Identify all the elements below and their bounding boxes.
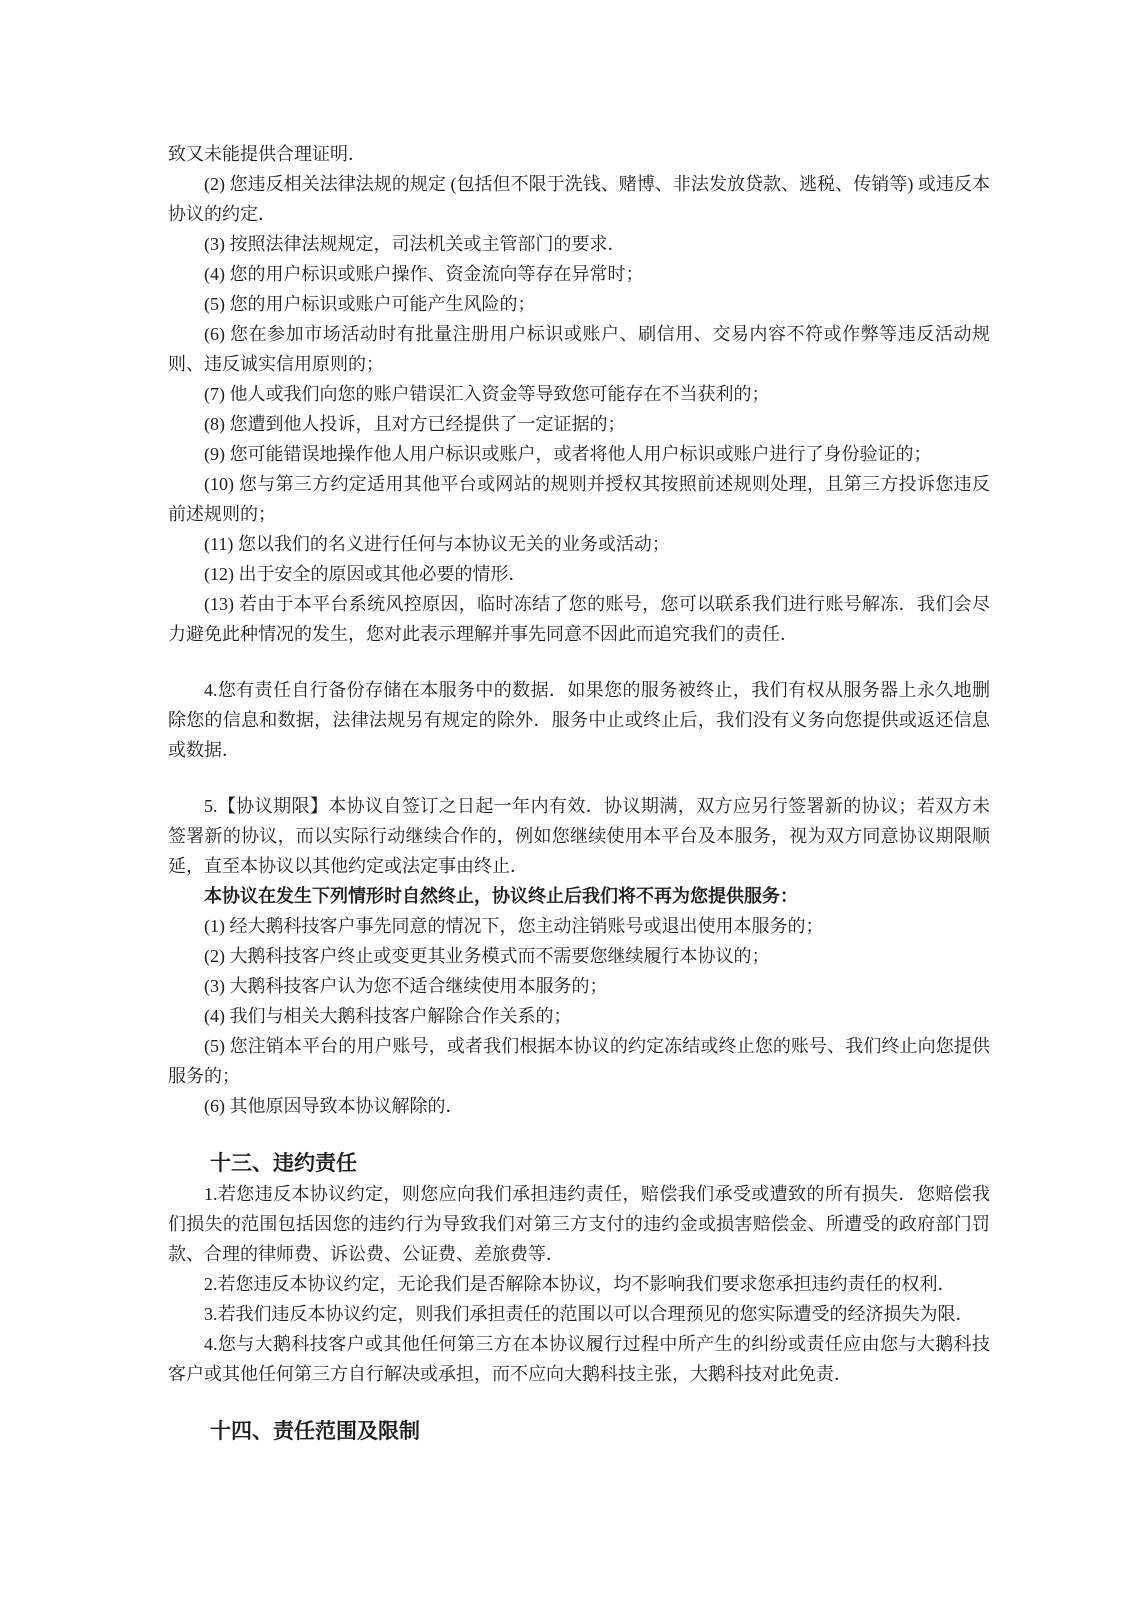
- list-item: (5) 您的用户标识或账户可能产生风险的；: [168, 289, 990, 319]
- continuation-paragraph: 致又未能提供合理证明．: [168, 139, 990, 169]
- paragraph: 5.【协议期限】本协议自签订之日起一年内有效．协议期满，双方应另行签署新的协议；…: [168, 791, 990, 881]
- list-item: (1) 经大鹅科技客户事先同意的情况下，您主动注销账号或退出使用本服务的；: [168, 911, 990, 941]
- paragraph: 3.若我们违反本协议约定，则我们承担责任的范围以可以合理预见的您实际遭受的经济损…: [168, 1299, 990, 1329]
- document-body: 致又未能提供合理证明．(2) 您违反相关法律法规的规定 (包括但不限于洗钱、赌博…: [0, 0, 1131, 1600]
- list-item: (6) 您在参加市场活动时有批量注册用户标识或账户、刷信用、交易内容不符或作弊等…: [168, 319, 990, 379]
- list-item: (13) 若由于本平台系统风控原因，临时冻结了您的账号，您可以联系我们进行账号解…: [168, 589, 990, 649]
- section-heading: 十四、责任范围及限制: [168, 1415, 990, 1447]
- list-item: (10) 您与第三方约定适用其他平台或网站的规则并授权其按照前述规则处理，且第三…: [168, 469, 990, 529]
- list-item: (4) 您的用户标识或账户操作、资金流向等存在异常时；: [168, 259, 990, 289]
- list-item: (12) 出于安全的原因或其他必要的情形．: [168, 559, 990, 589]
- list-item: (4) 我们与相关大鹅科技客户解除合作关系的；: [168, 1001, 990, 1031]
- list-item: (9) 您可能错误地操作他人用户标识或账户，或者将他人用户标识或账户进行了身份验…: [168, 439, 990, 469]
- list-item: (7) 他人或我们向您的账户错误汇入资金等导致您可能存在不当获利的；: [168, 379, 990, 409]
- document-page: 致又未能提供合理证明．(2) 您违反相关法律法规的规定 (包括但不限于洗钱、赌博…: [0, 0, 1131, 1600]
- list-item: (3) 按照法律法规规定，司法机关或主管部门的要求．: [168, 229, 990, 259]
- emphasis-paragraph: 本协议在发生下列情形时自然终止，协议终止后我们将不再为您提供服务：: [168, 881, 990, 911]
- list-item: (5) 您注销本平台的用户账号，或者我们根据本协议的约定冻结或终止您的账号、我们…: [168, 1031, 990, 1091]
- list-item: (6) 其他原因导致本协议解除的．: [168, 1091, 990, 1121]
- paragraph: 2.若您违反本协议约定，无论我们是否解除本协议，均不影响我们要求您承担违约责任的…: [168, 1269, 990, 1299]
- paragraph: 4.您有责任自行备份存储在本服务中的数据．如果您的服务被终止，我们有权从服务器上…: [168, 675, 990, 765]
- paragraph: 4.您与大鹅科技客户或其他任何第三方在本协议履行过程中所产生的纠纷或责任应由您与…: [168, 1329, 990, 1389]
- paragraph: 1.若您违反本协议约定，则您应向我们承担违约责任，赔偿我们承受或遭致的所有损失．…: [168, 1179, 990, 1269]
- list-item: (2) 大鹅科技客户终止或变更其业务模式而不需要您继续履行本协议的；: [168, 941, 990, 971]
- section-heading: 十三、违约责任: [168, 1147, 990, 1179]
- list-item: (8) 您遭到他人投诉，且对方已经提供了一定证据的；: [168, 409, 990, 439]
- list-item: (11) 您以我们的名义进行任何与本协议无关的业务或活动；: [168, 529, 990, 559]
- list-item: (2) 您违反相关法律法规的规定 (包括但不限于洗钱、赌博、非法发放贷款、逃税、…: [168, 169, 990, 229]
- list-item: (3) 大鹅科技客户认为您不适合继续使用本服务的；: [168, 971, 990, 1001]
